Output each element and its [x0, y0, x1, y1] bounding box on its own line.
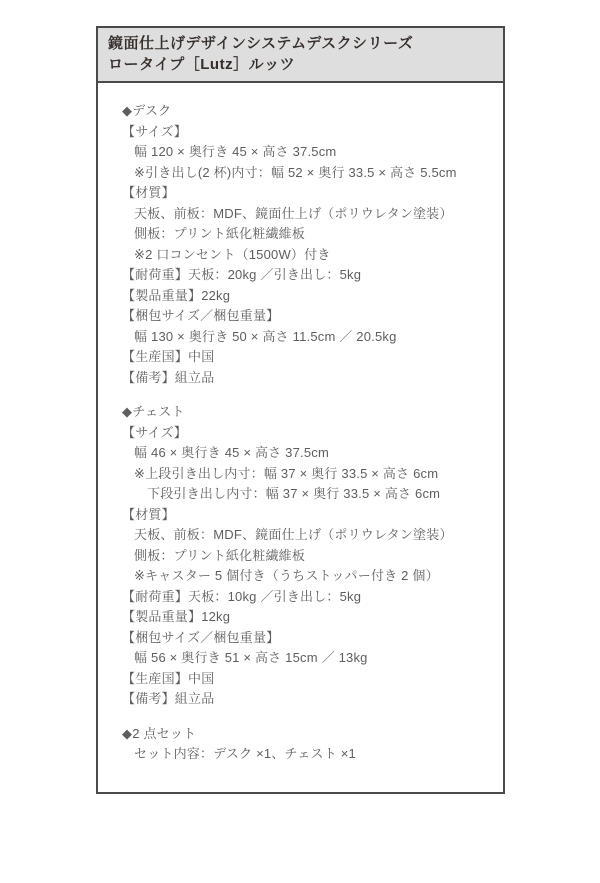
spec-line: 【生産国】中国 [122, 669, 487, 690]
spec-line: 【耐荷重】天板：10kg ／引き出し：5kg [122, 587, 487, 608]
spec-header: 鏡面仕上げデザインシステムデスクシリーズ ロータイプ［Lutz］ルッツ [98, 28, 503, 83]
spec-line: 【備考】組立品 [122, 368, 487, 389]
spec-line: 【梱包サイズ／梱包重量】 [122, 306, 487, 327]
spec-line: 幅 46 × 奥行き 45 × 高さ 37.5cm [122, 443, 487, 464]
spec-section-desk: ◆デスク【サイズ】幅 120 × 奥行き 45 × 高さ 37.5cm※引き出し… [122, 101, 487, 388]
spec-line: ※上段引き出し内寸：幅 37 × 奥行 33.5 × 高さ 6cm [122, 464, 487, 485]
spec-line: セット内容：デスク ×1、チェスト ×1 [122, 744, 487, 765]
spec-line: ※引き出し(2 杯)内寸：幅 52 × 奥行 33.5 × 高さ 5.5cm [122, 163, 487, 184]
spec-line: 側板：プリント紙化粧繊維板 [122, 224, 487, 245]
spec-line: 【耐荷重】天板：20kg ／引き出し：5kg [122, 265, 487, 286]
spec-line: 天板、前板：MDF、鏡面仕上げ（ポリウレタン塗装） [122, 204, 487, 225]
spec-line: ◆チェスト [122, 402, 487, 423]
spec-line: 【生産国】中国 [122, 347, 487, 368]
spec-line: 幅 56 × 奥行き 51 × 高さ 15cm ／ 13kg [122, 648, 487, 669]
page-title-line-1: 鏡面仕上げデザインシステムデスクシリーズ [108, 33, 493, 54]
spec-line: 下段引き出し内寸：幅 37 × 奥行 33.5 × 高さ 6cm [122, 484, 487, 505]
spec-line: 幅 130 × 奥行き 50 × 高さ 11.5cm ／ 20.5kg [122, 327, 487, 348]
spec-sections: ◆デスク【サイズ】幅 120 × 奥行き 45 × 高さ 37.5cm※引き出し… [98, 83, 503, 785]
spec-line: ◆2 点セット [122, 724, 487, 745]
spec-section-chest: ◆チェスト【サイズ】幅 46 × 奥行き 45 × 高さ 37.5cm※上段引き… [122, 402, 487, 710]
spec-line: ◆デスク [122, 101, 487, 122]
page: 鏡面仕上げデザインシステムデスクシリーズ ロータイプ［Lutz］ルッツ ◆デスク… [0, 0, 600, 883]
spec-line: 【備考】組立品 [122, 689, 487, 710]
spec-line: 【材質】 [122, 505, 487, 526]
spec-line: 【梱包サイズ／梱包重量】 [122, 628, 487, 649]
spec-line: 【製品重量】12kg [122, 607, 487, 628]
spec-line: 【材質】 [122, 183, 487, 204]
spec-line: ※2 口コンセント（1500W）付き [122, 245, 487, 266]
spec-line: ※キャスター 5 個付き（うちストッパー付き 2 個） [122, 566, 487, 587]
spec-line: 幅 120 × 奥行き 45 × 高さ 37.5cm [122, 142, 487, 163]
page-title-line-2: ロータイプ［Lutz］ルッツ [108, 54, 493, 75]
spec-line: 側板：プリント紙化粧繊維板 [122, 546, 487, 567]
spec-section-set: ◆2 点セットセット内容：デスク ×1、チェスト ×1 [122, 724, 487, 765]
spec-line: 【サイズ】 [122, 423, 487, 444]
spec-line: 天板、前板：MDF、鏡面仕上げ（ポリウレタン塗装） [122, 525, 487, 546]
spec-line: 【製品重量】22kg [122, 286, 487, 307]
spec-panel: 鏡面仕上げデザインシステムデスクシリーズ ロータイプ［Lutz］ルッツ ◆デスク… [96, 26, 505, 794]
spec-line: 【サイズ】 [122, 122, 487, 143]
